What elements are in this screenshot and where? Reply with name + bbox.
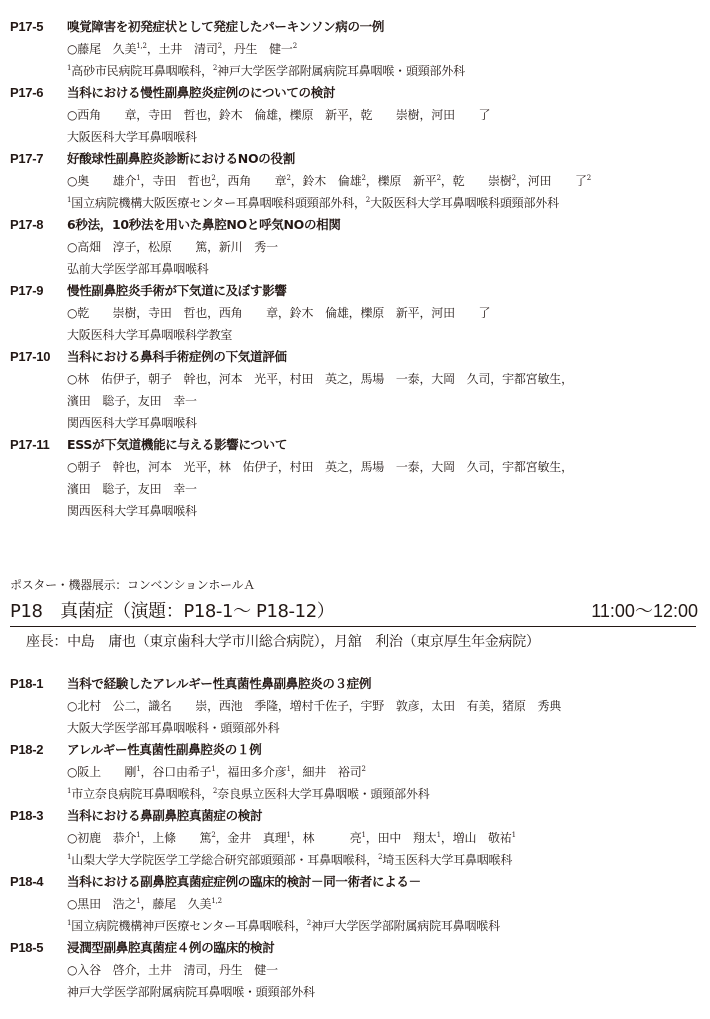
abstract-affiliation: 1高砂市民病院耳鼻咽喉科，2神戸大学医学部附属病院耳鼻咽喉・頭頸部外科 [67, 60, 465, 82]
abstract-title: 6秒法，10秒法を用いた鼻腔NOと呼気NOの相関 [67, 214, 341, 236]
abstract-affiliation: 関西医科大学耳鼻咽喉科 [67, 412, 197, 434]
session-divider [10, 626, 696, 627]
abstract-affiliation: 大阪医科大学耳鼻咽喉科学教室 [67, 324, 232, 346]
abstract-code: P17-11 [10, 434, 49, 456]
abstract-authors: ○奥 雄介1，寺田 哲也2，西角 章2，鈴木 倫雄2，櫟原 新平2，乾 崇樹2，… [67, 170, 591, 192]
abstract-entry: P17-86秒法，10秒法を用いた鼻腔NOと呼気NOの相関 ○高畑 淳子，松原 … [0, 214, 710, 280]
abstract-affiliation: 弘前大学医学部耳鼻咽喉科 [67, 258, 209, 280]
abstract-code: P17-9 [10, 280, 43, 302]
abstract-code: P17-5 [10, 16, 43, 38]
abstract-entry: P18-4当科における副鼻腔真菌症症例の臨床的検討－同一術者による－ ○黒田 浩… [0, 871, 710, 937]
abstract-authors: ○藤尾 久美1,2，土井 清司2，丹生 健一2 [67, 38, 297, 60]
abstract-affiliation: 神戸大学医学部附属病院耳鼻咽喉・頭頸部外科 [67, 981, 315, 1003]
abstract-authors: ○西角 章，寺田 哲也，鈴木 倫雄，櫟原 新平，乾 崇樹，河田 了 [67, 104, 490, 126]
abstract-title: 浸潤型副鼻腔真菌症４例の臨床的検討 [67, 937, 274, 959]
session-chair: 座長：中島 庸也（東京歯科大学市川総合病院），月舘 利治（東京厚生年金病院） [26, 631, 540, 651]
abstract-authors-continued: 濱田 聡子，友田 幸一 [67, 478, 197, 500]
abstract-affiliation: 関西医科大学耳鼻咽喉科 [67, 500, 197, 522]
abstract-entry: P17-5嗅覚障害を初発症状として発症したパーキンソン病の一例 ○藤尾 久美1,… [0, 16, 710, 82]
abstract-affiliation: 1山梨大学大学院医学工学総合研究部頭頸部・耳鼻咽喉科，2埼玉医科大学耳鼻咽喉科 [67, 849, 512, 871]
abstract-entry: P18-2アレルギー性真菌性副鼻腔炎の１例 ○阪上 剛1，谷口由希子1，福田多介… [0, 739, 710, 805]
abstract-title: 好酸球性副鼻腔炎診断におけるNOの役割 [67, 148, 295, 170]
abstract-authors: ○朝子 幹也，河本 光平，林 佑伊子，村田 英之，馬場 一泰，大岡 久司，宇都宮… [67, 456, 573, 478]
abstract-authors: ○入谷 啓介，土井 清司，丹生 健一 [67, 959, 278, 981]
abstract-authors-continued: 濱田 聡子，友田 幸一 [67, 390, 197, 412]
abstract-code: P18-1 [10, 673, 43, 695]
abstract-authors: ○乾 崇樹，寺田 哲也，西角 章，鈴木 倫雄，櫟原 新平，河田 了 [67, 302, 490, 324]
session-title: P18 真菌症（演題：P18-1～ P18-12） [10, 597, 334, 623]
abstract-affiliation: 大阪医科大学耳鼻咽喉科 [67, 126, 197, 148]
abstract-authors: ○林 佑伊子，朝子 幹也，河本 光平，村田 英之，馬場 一泰，大岡 久司，宇都宮… [67, 368, 573, 390]
abstract-entry: P17-9慢性副鼻腔炎手術が下気道に及ぼす影響 ○乾 崇樹，寺田 哲也，西角 章… [0, 280, 710, 346]
abstract-code: P17-10 [10, 346, 50, 368]
abstract-authors: ○黒田 浩之1，藤尾 久美1,2 [67, 893, 222, 915]
abstract-title: ESSが下気道機能に与える影響について [67, 434, 287, 456]
abstract-authors: ○高畑 淳子，松原 篤，新川 秀一 [67, 236, 278, 258]
abstract-title: 慢性副鼻腔炎手術が下気道に及ぼす影響 [67, 280, 287, 302]
session-venue: ポスター・機器展示：コンベンションホールＡ [10, 576, 255, 593]
abstract-affiliation: 1国立病院機構神戸医療センター耳鼻咽喉科，2神戸大学医学部附属病院耳鼻咽喉科 [67, 915, 500, 937]
abstract-code: P17-7 [10, 148, 43, 170]
abstract-authors: ○阪上 剛1，谷口由希子1，福田多介彦1，細井 裕司2 [67, 761, 366, 783]
abstract-entry: P18-1当科で経験したアレルギー性真菌性鼻副鼻腔炎の３症例 ○北村 公二，識名… [0, 673, 710, 739]
abstract-entry: P18-3当科における鼻副鼻腔真菌症の検討 ○初鹿 恭介1，上條 篤2，金井 真… [0, 805, 710, 871]
abstract-title: 当科における副鼻腔真菌症症例の臨床的検討－同一術者による－ [67, 871, 421, 893]
abstract-code: P18-5 [10, 937, 43, 959]
abstract-affiliation: 1国立病院機構大阪医療センター耳鼻咽喉科頭頸部外科，2大阪医科大学耳鼻咽喉科頭頸… [67, 192, 559, 214]
abstract-title: 当科における慢性副鼻腔炎症例のについての検討 [67, 82, 335, 104]
abstract-entry: P17-10当科における鼻科手術症例の下気道評価 ○林 佑伊子，朝子 幹也，河本… [0, 346, 710, 434]
abstract-title: 当科で経験したアレルギー性真菌性鼻副鼻腔炎の３症例 [67, 673, 371, 695]
abstract-title: 当科における鼻副鼻腔真菌症の検討 [67, 805, 262, 827]
abstract-entry: P17-7好酸球性副鼻腔炎診断におけるNOの役割 ○奥 雄介1，寺田 哲也2，西… [0, 148, 710, 214]
abstract-code: P17-6 [10, 82, 43, 104]
abstract-entry: P17-11ESSが下気道機能に与える影響について ○朝子 幹也，河本 光平，林… [0, 434, 710, 522]
abstract-title: 当科における鼻科手術症例の下気道評価 [67, 346, 287, 368]
session-time: 11:00～12:00 [591, 597, 698, 623]
abstract-authors: ○北村 公二，識名 崇，西池 季隆，増村千佐子，宇野 敦彦，太田 有美，猪原 秀… [67, 695, 561, 717]
abstract-title: 嗅覚障害を初発症状として発症したパーキンソン病の一例 [67, 16, 384, 38]
abstract-code: P18-2 [10, 739, 43, 761]
abstract-entry: P18-5浸潤型副鼻腔真菌症４例の臨床的検討 ○入谷 啓介，土井 清司，丹生 健… [0, 937, 710, 1003]
abstract-authors: ○初鹿 恭介1，上條 篤2，金井 真理1，林 亮1，田中 翔太1，増山 敬祐1 [67, 827, 516, 849]
abstract-title: アレルギー性真菌性副鼻腔炎の１例 [67, 739, 261, 761]
abstract-code: P17-8 [10, 214, 43, 236]
abstract-code: P18-4 [10, 871, 43, 893]
abstract-affiliation: 大阪大学医学部耳鼻咽喉科・頭頸部外科 [67, 717, 279, 739]
abstract-affiliation: 1市立奈良病院耳鼻咽喉科，2奈良県立医科大学耳鼻咽喉・頭頸部外科 [67, 783, 430, 805]
abstract-entry: P17-6当科における慢性副鼻腔炎症例のについての検討 ○西角 章，寺田 哲也，… [0, 82, 710, 148]
abstract-code: P18-3 [10, 805, 43, 827]
